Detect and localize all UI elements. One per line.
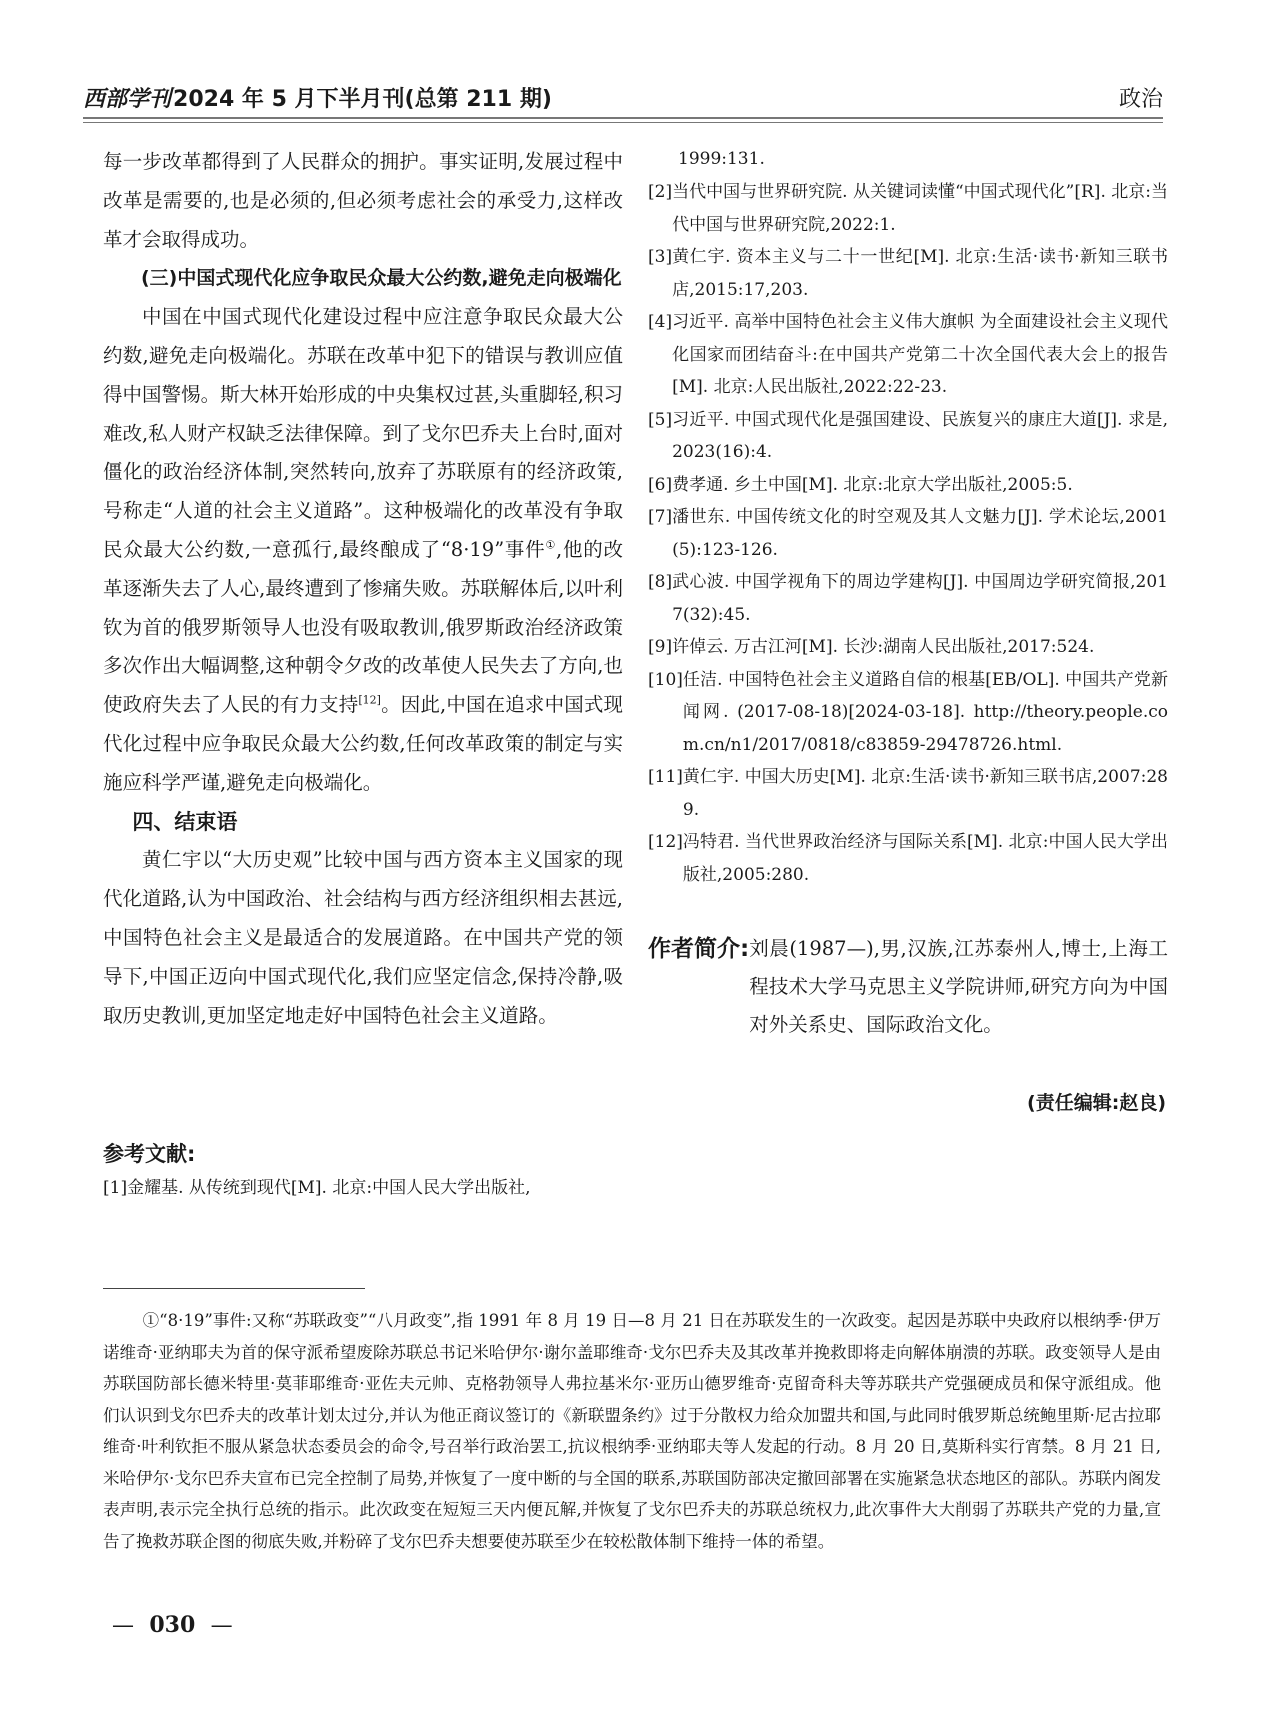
reference-number: [8]	[648, 566, 672, 631]
section-heading: 四、结束语	[103, 803, 623, 842]
reference-text: 任洁. 中国特色社会主义道路自信的根基[EB/OL]. 中国共产党新闻网. (2…	[683, 664, 1168, 762]
page-dash-right: —	[211, 1613, 233, 1638]
header-rule	[83, 117, 1163, 119]
issue-info: 2024 年 5 月下半月刊(总第 211 期)	[173, 87, 552, 112]
reference-item: [1]金耀基. 从传统到现代[M]. 北京:中国人民大学出版社,	[103, 1172, 623, 1205]
author-bio-label: 作者简介:	[648, 930, 749, 1044]
paragraph-text: 中国在中国式现代化建设过程中应注意争取民众最大公约数,避免走向极端化。苏联在改革…	[103, 305, 623, 561]
body-paragraph: 每一步改革都得到了人民群众的拥护。事实证明,发展过程中改革是需要的,也是必须的,…	[103, 143, 623, 259]
reference-item: [10]任洁. 中国特色社会主义道路自信的根基[EB/OL]. 中国共产党新闻网…	[648, 664, 1168, 762]
reference-item: [8]武心波. 中国学视角下的周边学建构[J]. 中国周边学研究简报,2017(…	[648, 566, 1168, 631]
reference-text: 黄仁宇. 资本主义与二十一世纪[M]. 北京:生活·读书·新知三联书店,2015…	[672, 241, 1168, 306]
author-bio: 作者简介: 刘晨(1987—),男,汉族,江苏泰州人,博士,上海工程技术大学马克…	[648, 930, 1168, 1044]
paragraph-text: ,他的改革逐渐失去了人心,最终遭到了惨痛失败。苏联解体后,以叶利钦为首的俄罗斯领…	[103, 538, 623, 716]
reference-item: [5]习近平. 中国式现代化是强国建设、民族复兴的康庄大道[J]. 求是,202…	[648, 404, 1168, 469]
responsible-editor: (责任编辑:赵良)	[1027, 1088, 1166, 1115]
reference-item: [7]潘世东. 中国传统文化的时空观及其人文魅力[J]. 学术论坛,2001(5…	[648, 501, 1168, 566]
reference-number: [11]	[648, 761, 683, 826]
journal-issue: 西部学刊2024 年 5 月下半月刊(总第 211 期)	[83, 82, 552, 113]
reference-item: [11]黄仁宇. 中国大历史[M]. 北京:生活·读书·新知三联书店,2007:…	[648, 761, 1168, 826]
page-number-value: 030	[149, 1612, 195, 1638]
reference-number: [2]	[648, 176, 672, 241]
reference-number: [3]	[648, 241, 672, 306]
conclusion-paragraph: 黄仁宇以“大历史观”比较中国与西方资本主义国家的现代化道路,认为中国政治、社会结…	[103, 841, 623, 1035]
reference-number: [9]	[648, 631, 672, 664]
reference-continued: 1999:131.	[678, 143, 765, 175]
reference-item: [3]黄仁宇. 资本主义与二十一世纪[M]. 北京:生活·读书·新知三联书店,2…	[648, 241, 1168, 306]
reference-item: [6]费孝通. 乡土中国[M]. 北京:北京大学出版社,2005:5.	[648, 469, 1168, 502]
reference-number: [10]	[648, 664, 683, 762]
left-column: 每一步改革都得到了人民群众的拥护。事实证明,发展过程中改革是需要的,也是必须的,…	[103, 143, 623, 1035]
section-label: 政治	[1119, 82, 1163, 113]
reference-number: [12]	[648, 826, 683, 891]
footnote-rule	[103, 1288, 365, 1289]
reference-text: 当代中国与世界研究院. 从关键词读懂“中国式现代化”[R]. 北京:当代中国与世…	[672, 176, 1168, 241]
reference-text: 武心波. 中国学视角下的周边学建构[J]. 中国周边学研究简报,2017(32)…	[672, 566, 1168, 631]
journal-logo: 西部学刊	[83, 86, 171, 112]
author-bio-text: 刘晨(1987—),男,汉族,江苏泰州人,博士,上海工程技术大学马克思主义学院讲…	[749, 930, 1168, 1044]
reference-text: 习近平. 高举中国特色社会主义伟大旗帜 为全面建设社会主义现代化国家而团结奋斗:…	[672, 306, 1168, 404]
subsection-heading: (三)中国式现代化应争取民众最大公约数,避免走向极端化	[103, 259, 623, 298]
reference-item: [9]许倬云. 万古江河[M]. 长沙:湖南人民出版社,2017:524.	[648, 631, 1168, 664]
footnote-marker[interactable]: ①	[545, 538, 556, 551]
page-number: — 030 —	[112, 1612, 233, 1638]
page-dash-left: —	[112, 1613, 134, 1638]
header-rule-thin	[83, 122, 1163, 123]
reference-text: 潘世东. 中国传统文化的时空观及其人文魅力[J]. 学术论坛,2001(5):1…	[672, 501, 1168, 566]
reference-text: 许倬云. 万古江河[M]. 长沙:湖南人民出版社,2017:524.	[672, 631, 1168, 664]
references-title: 参考文献:	[103, 1138, 195, 1168]
reference-text: 费孝通. 乡土中国[M]. 北京:北京大学出版社,2005:5.	[672, 469, 1168, 502]
running-header: 西部学刊2024 年 5 月下半月刊(总第 211 期) 政治	[83, 82, 1163, 112]
reference-item: [2]当代中国与世界研究院. 从关键词读懂“中国式现代化”[R]. 北京:当代中…	[648, 176, 1168, 241]
reference-number: [5]	[648, 404, 672, 469]
reference-number: [4]	[648, 306, 672, 404]
reference-number: [6]	[648, 469, 672, 502]
reference-item: [12]冯特君. 当代世界政治经济与国际关系[M]. 北京:中国人民大学出版社,…	[648, 826, 1168, 891]
reference-text: 黄仁宇. 中国大历史[M]. 北京:生活·读书·新知三联书店,2007:289.	[683, 761, 1168, 826]
reference-text: 习近平. 中国式现代化是强国建设、民族复兴的康庄大道[J]. 求是,2023(1…	[672, 404, 1168, 469]
reference-list: [2]当代中国与世界研究院. 从关键词读懂“中国式现代化”[R]. 北京:当代中…	[648, 176, 1168, 891]
body-paragraph: 中国在中国式现代化建设过程中应注意争取民众最大公约数,避免走向极端化。苏联在改革…	[103, 298, 623, 802]
footnote: ①“8·19”事件:又称“苏联政变”“八月政变”,指 1991 年 8 月 19…	[103, 1305, 1161, 1557]
citation-marker[interactable]: [12]	[358, 694, 381, 707]
reference-text: 冯特君. 当代世界政治经济与国际关系[M]. 北京:中国人民大学出版社,2005…	[683, 826, 1168, 891]
reference-number: [7]	[648, 501, 672, 566]
reference-item: [4]习近平. 高举中国特色社会主义伟大旗帜 为全面建设社会主义现代化国家而团结…	[648, 306, 1168, 404]
